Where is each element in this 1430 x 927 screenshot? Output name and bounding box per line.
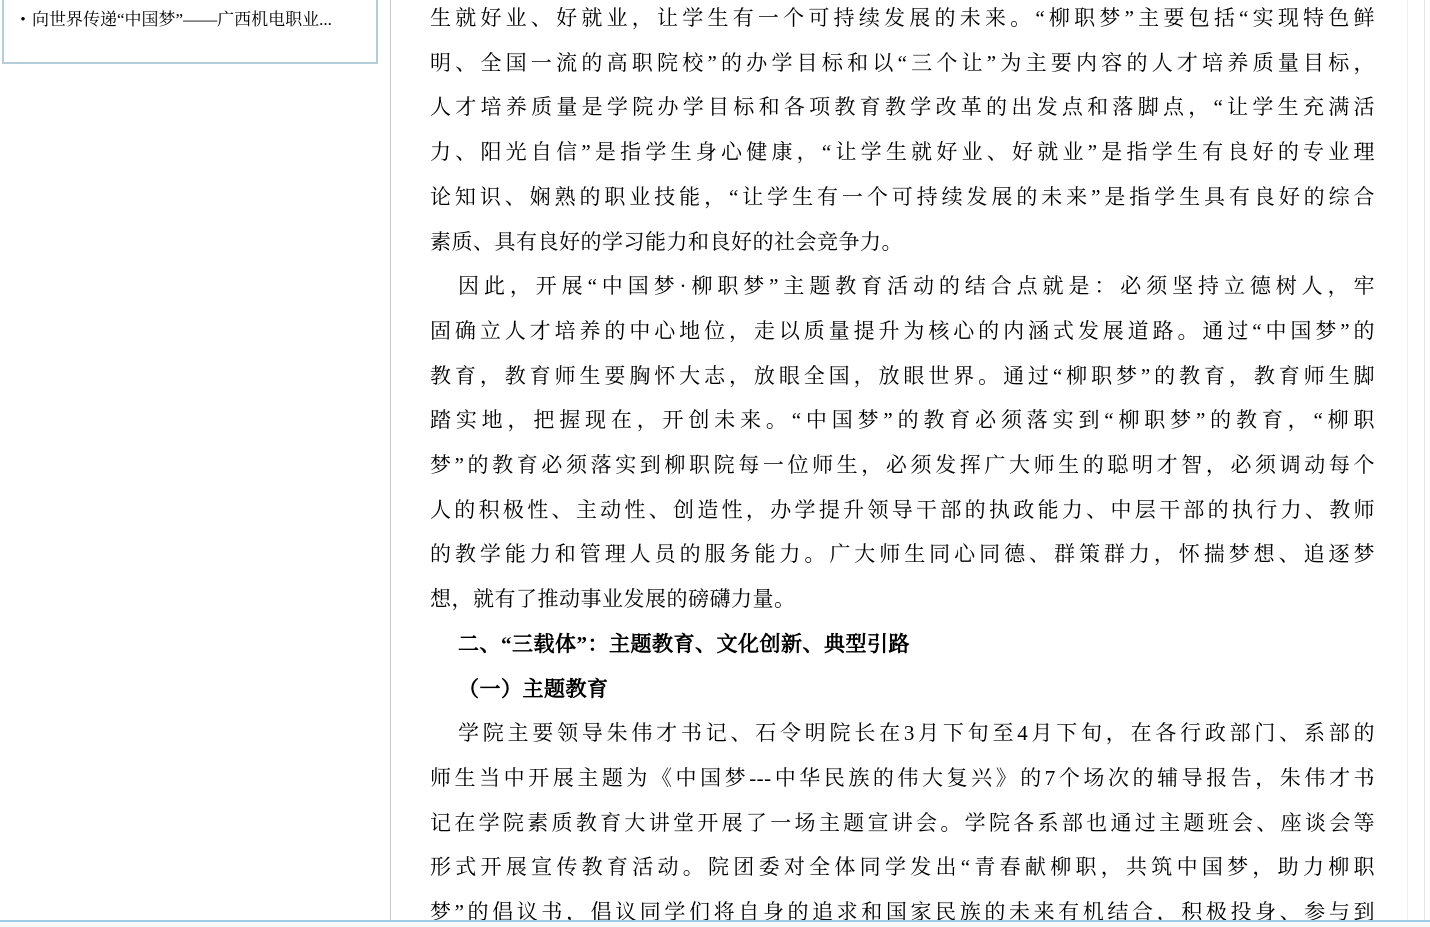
article-line: 力、阳光自信”是指学生身心健康，“让学生就好业、好就业”是指学生有良好的专业理 — [430, 130, 1375, 175]
article-line: 明、全国一流的高职院校”的办学目标和以“三个让”为主要内容的人才培养质量目标， — [430, 41, 1375, 86]
article-line: 想，就有了推动事业发展的磅礴力量。 — [430, 577, 1375, 622]
vertical-divider — [390, 0, 391, 921]
article-line: 生就好业、好就业，让学生有一个可持续发展的未来。“柳职梦”主要包括“实现特色鲜 — [430, 0, 1375, 41]
content-right-edge-line — [1407, 0, 1408, 921]
page-right-edge-line — [1424, 0, 1425, 921]
article-line: 论知识、娴熟的职业技能，“让学生有一个可持续发展的未来”是指学生具有良好的综合 — [430, 175, 1375, 220]
subsection-heading: （一）主题教育 — [430, 667, 1375, 712]
article-line: 人的积极性、主动性、创造性，办学提升领导干部的执政能力、中层干部的执行力、教师 — [430, 488, 1375, 533]
section-heading: 二、“三载体”：主题教育、文化创新、典型引路 — [430, 622, 1375, 667]
page: • 向世界传递“中国梦”——广西机电职业... 生就好业、好就业，让学生有一个可… — [0, 0, 1430, 927]
article-line: 学院主要领导朱伟才书记、石令明院长在3月下旬至4月下旬，在各行政部门、系部的 — [430, 711, 1375, 756]
article-line: 因此，开展“中国梦·柳职梦”主题教育活动的结合点就是：必须坚持立德树人，牢 — [430, 264, 1375, 309]
article-line: 素质、具有良好的学习能力和良好的社会竞争力。 — [430, 220, 1375, 265]
article-line: 的教学能力和管理人员的服务能力。广大师生同心同德、群策群力，怀揣梦想、追逐梦 — [430, 532, 1375, 577]
bottom-strip — [0, 922, 1430, 927]
article-line: 人才培养质量是学院办学目标和各项教育教学改革的出发点和落脚点，“让学生充满活 — [430, 85, 1375, 130]
bullet-icon: • — [14, 8, 32, 32]
related-links-box: • 向世界传递“中国梦”——广西机电职业... — [2, 0, 378, 64]
article-line: 踏实地，把握现在，开创未来。“中国梦”的教育必须落实到“柳职梦”的教育，“柳职 — [430, 398, 1375, 443]
article-line: 记在学院素质教育大讲堂开展了一场主题宣讲会。学院各系部也通过主题班会、座谈会等 — [430, 801, 1375, 846]
article-line: 固确立人才培养的中心地位，走以质量提升为核心的内涵式发展道路。通过“中国梦”的 — [430, 309, 1375, 354]
sidebar-link-item[interactable]: • 向世界传递“中国梦”——广西机电职业... — [14, 8, 364, 32]
article-line: 师生当中开展主题为《中国梦---中华民族的伟大复兴》的7个场次的辅导报告，朱伟才… — [430, 756, 1375, 801]
article-line: 教育，教育师生要胸怀大志，放眼全国，放眼世界。通过“柳职梦”的教育，教育师生脚 — [430, 354, 1375, 399]
sidebar-link-label: 向世界传递“中国梦”——广西机电职业... — [32, 8, 332, 32]
article-line: 梦”的教育必须落实到柳职院每一位师生，必须发挥广大师生的聪明才智，必须调动每个 — [430, 443, 1375, 488]
article-line: 形式开展宣传教育活动。院团委对全体同学发出“青春献柳职，共筑中国梦，助力柳职 — [430, 845, 1375, 890]
article-content: 生就好业、好就业，让学生有一个可持续发展的未来。“柳职梦”主要包括“实现特色鲜 … — [430, 0, 1375, 927]
